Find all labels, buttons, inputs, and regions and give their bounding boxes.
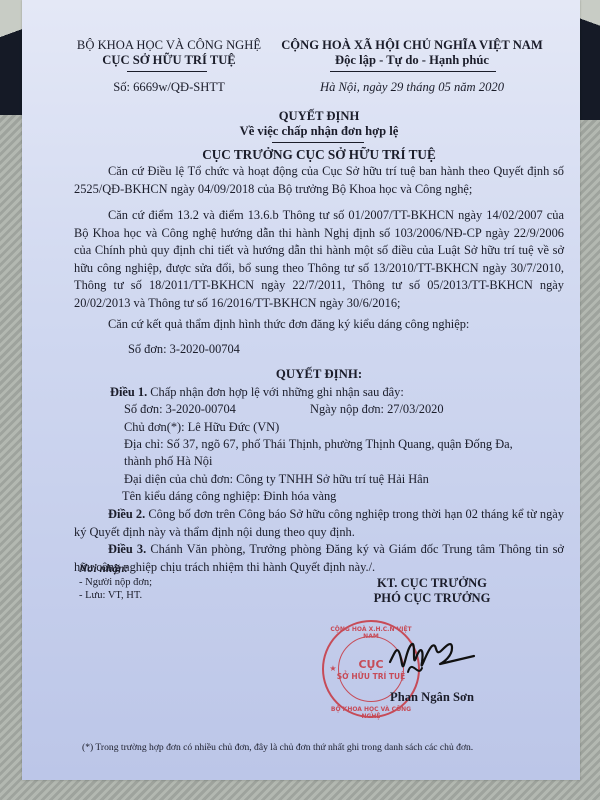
signatory-title-1: KT. CỤC TRƯỞNG bbox=[342, 576, 522, 591]
article-1-applicant: Chủ đơn(*): Lê Hữu Đức (VN) bbox=[124, 420, 279, 435]
article-1-address: Địa chỉ: Số 37, ngõ 67, phố Thái Thịnh, … bbox=[124, 437, 513, 452]
document-number: Số: 6669w/QĐ-SHTT bbox=[74, 80, 264, 95]
article-1-representative: Đại diện của chủ đơn: Công ty TNHH Sở hữ… bbox=[124, 472, 429, 487]
seal-bottom-text: BỘ KHOA HỌC VÀ CÔNG NGHỆ bbox=[324, 706, 418, 720]
background-dark-corner-left bbox=[0, 0, 24, 115]
article-1-address-cont: thành phố Hà Nội bbox=[124, 454, 212, 469]
recipient-item: - Người nộp đơn; bbox=[79, 577, 152, 588]
signatory-name: Phan Ngân Sơn bbox=[342, 690, 522, 705]
preamble-paragraph-3: Căn cứ kết quả thẩm định hình thức đơn đ… bbox=[74, 316, 564, 334]
seal-star-icon: ★ bbox=[286, 664, 380, 673]
signatory-title-2: PHÓ CỤC TRƯỞNG bbox=[342, 591, 522, 606]
header-right-rule bbox=[330, 71, 496, 72]
article-1-app-number: Số đơn: 3-2020-00704 bbox=[124, 402, 236, 417]
nation-title: CỘNG HOÀ XÃ HỘI CHỦ NGHĨA VIỆT NAM bbox=[272, 38, 552, 53]
issuing-authority: CỤC TRƯỞNG CỤC SỞ HỮU TRÍ TUỆ bbox=[74, 147, 564, 163]
article-2: Điều 2. Công bố đơn trên Công báo Sở hữu… bbox=[74, 506, 564, 541]
agency-name: CỤC SỞ HỮU TRÍ TUỆ bbox=[74, 53, 264, 68]
place-date: Hà Nội, ngày 29 tháng 05 năm 2020 bbox=[272, 80, 552, 95]
recipient-item: - Lưu: VT, HT. bbox=[79, 590, 142, 601]
article-1-design-name: Tên kiểu dáng công nghiệp: Đinh hóa vàng bbox=[122, 489, 336, 504]
recipients-heading: Nơi nhận: bbox=[79, 563, 128, 575]
decision-subject: Về việc chấp nhận đơn hợp lệ bbox=[74, 124, 564, 139]
footnote: (*) Trong trường hợp đơn có nhiều chủ đơ… bbox=[82, 742, 473, 753]
national-motto: Độc lập - Tự do - Hạnh phúc bbox=[272, 53, 552, 68]
preamble-paragraph-2: Căn cứ điểm 13.2 và điểm 13.6.b Thông tư… bbox=[74, 207, 564, 312]
application-number: Số đơn: 3-2020-00704 bbox=[128, 342, 240, 357]
preamble-paragraph-1: Căn cứ Điều lệ Tổ chức và hoạt động của … bbox=[74, 163, 564, 198]
article-1-filing-date: Ngày nộp đơn: 27/03/2020 bbox=[310, 402, 444, 417]
document-page: BỘ KHOA HỌC VÀ CÔNG NGHỆ CỤC SỞ HỮU TRÍ … bbox=[22, 0, 580, 780]
decision-heading: QUYẾT ĐỊNH: bbox=[74, 367, 564, 382]
article-1: Điều 1. Chấp nhận đơn hợp lệ với những g… bbox=[110, 385, 404, 400]
article-3: Điều 3. Chánh Văn phòng, Trưởng phòng Đă… bbox=[74, 541, 564, 576]
header-left-rule bbox=[127, 71, 207, 72]
ministry-name: BỘ KHOA HỌC VÀ CÔNG NGHỆ bbox=[74, 38, 264, 53]
decision-title: QUYẾT ĐỊNH bbox=[74, 109, 564, 124]
title-rule bbox=[272, 142, 364, 143]
handwritten-signature bbox=[382, 628, 482, 688]
